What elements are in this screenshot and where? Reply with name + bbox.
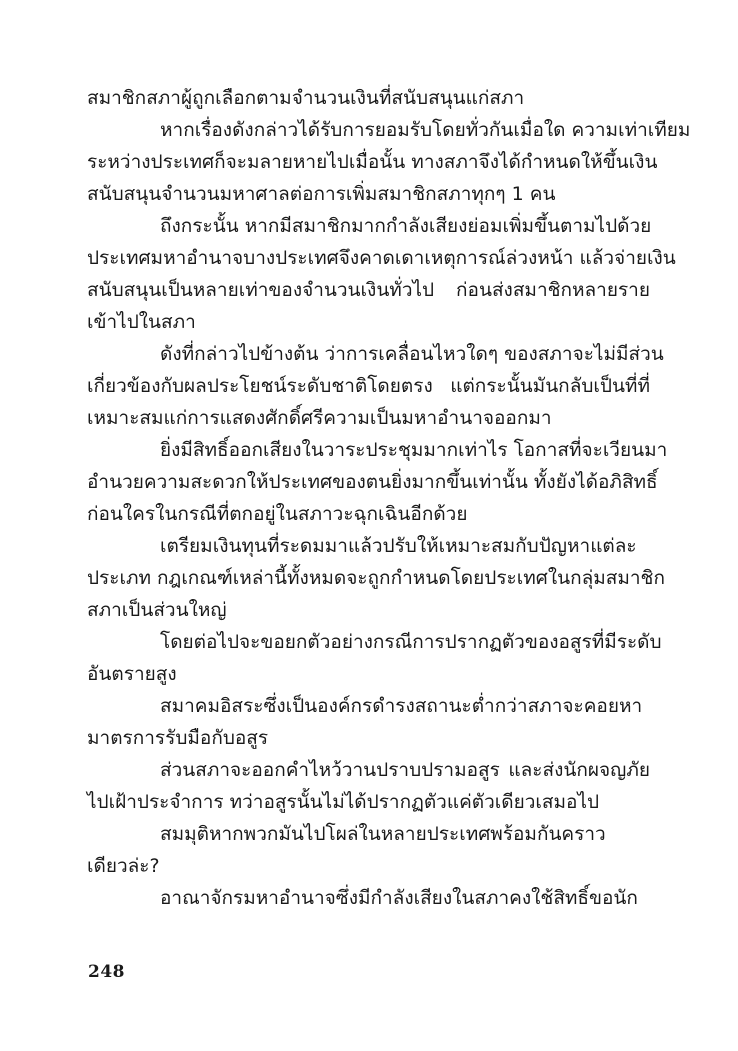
text-line: เดียวล่ะ? bbox=[87, 850, 650, 882]
book-page: สมาชิกสภาผู้ถูกเลือกตามจำนวนเงินที่สนับส… bbox=[0, 0, 738, 1051]
text-line: สมาชิกสภาผู้ถูกเลือกตามจำนวนเงินที่สนับส… bbox=[87, 82, 650, 114]
paragraph-first-line: ยิ่งมีสิทธิ์ออกเสียงในวาระประชุมมากเท่าไ… bbox=[87, 434, 650, 466]
paragraph-first-line: สมาคมอิสระซึ่งเป็นองค์กรดำรงสถานะต่ำกว่า… bbox=[87, 690, 650, 722]
text-line: เข้าไปในสภา bbox=[87, 306, 650, 338]
paragraph-first-line: เตรียมเงินทุนที่ระดมมาแล้วปรับให้เหมาะสม… bbox=[87, 530, 650, 562]
paragraph-first-line: ถึงกระนั้น หากมีสมาชิกมากกำลังเสียงย่อมเ… bbox=[87, 210, 650, 242]
paragraph-first-line: ดังที่กล่าวไปข้างต้น ว่าการเคลื่อนไหวใดๆ… bbox=[87, 338, 650, 370]
text-line: ก่อนใครในกรณีที่ตกอยู่ในสภาวะฉุกเฉินอีกด… bbox=[87, 498, 650, 530]
text-line: อันตรายสูง bbox=[87, 658, 650, 690]
text-line: ประเภท กฎเกณฑ์เหล่านี้ทั้งหมดจะถูกกำหนดโ… bbox=[87, 562, 650, 594]
paragraph-first-line: อาณาจักรมหาอำนาจซึ่งมีกำลังเสียงในสภาคงใ… bbox=[87, 882, 650, 914]
text-line: สนับสนุนเป็นหลายเท่าของจำนวนเงินทั่วไป ก… bbox=[87, 274, 650, 306]
text-line: ประเทศมหาอำนาจบางประเทศจึงคาดเดาเหตุการณ… bbox=[87, 242, 650, 274]
text-line: เหมาะสมแก่การแสดงศักดิ์ศรีความเป็นมหาอำน… bbox=[87, 402, 650, 434]
paragraph-first-line: ส่วนสภาจะออกคำไหว้วานปราบปรามอสูร และส่ง… bbox=[87, 754, 650, 786]
body-text: สมาชิกสภาผู้ถูกเลือกตามจำนวนเงินที่สนับส… bbox=[87, 82, 650, 914]
paragraph-first-line: สมมุติหากพวกมันไปโผล่ในหลายประเทศพร้อมกั… bbox=[87, 818, 650, 850]
text-line: ไปเฝ้าประจำการ ทว่าอสูรนั้นไม่ได้ปรากฏตั… bbox=[87, 786, 650, 818]
paragraph-first-line: หากเรื่องดังกล่าวได้รับการยอมรับโดยทั่วก… bbox=[87, 114, 650, 146]
page-number: 248 bbox=[88, 962, 125, 982]
text-line: เกี่ยวข้องกับผลประโยชน์ระดับชาติโดยตรง แ… bbox=[87, 370, 650, 402]
text-line: มาตรการรับมือกับอสูร bbox=[87, 722, 650, 754]
text-line: สภาเป็นส่วนใหญ่ bbox=[87, 594, 650, 626]
text-line: อำนวยความสะดวกให้ประเทศของตนยิ่งมากขึ้นเ… bbox=[87, 466, 650, 498]
text-line: ระหว่างประเทศก็จะมลายหายไปเมื่อนั้น ทางส… bbox=[87, 146, 650, 178]
paragraph-first-line: โดยต่อไปจะขอยกตัวอย่างกรณีการปรากฏตัวของ… bbox=[87, 626, 650, 658]
text-line: สนับสนุนจำนวนมหาศาลต่อการเพิ่มสมาชิกสภาท… bbox=[87, 178, 650, 210]
